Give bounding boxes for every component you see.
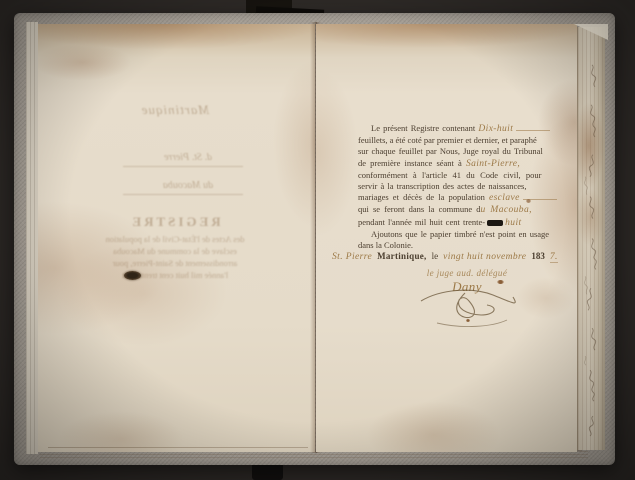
printed-text: qui se feront dans la commune d (358, 204, 480, 214)
fore-edge-writing (580, 27, 604, 450)
statement-line: Ajoutons que le papier timbré n'est poin… (358, 229, 578, 240)
fore-edge (577, 27, 605, 450)
book-stand-bottom (252, 463, 283, 480)
handwritten-text: huit (505, 218, 521, 228)
statement-line: mariages et décès de la population escla… (358, 192, 578, 204)
statement-line: servir à la transcription des actes de n… (358, 181, 578, 192)
showthrough-line: arrondissement de Saint-Pierre, pour (60, 258, 290, 268)
showthrough-heading: REGISTRE (70, 214, 280, 230)
showthrough-rule (123, 194, 243, 195)
statement-line: qui se feront dans la commune du Macouba… (358, 204, 578, 216)
scan-background: Martinique d. St. Pierre du Macouba REGI… (0, 0, 635, 480)
printed-text: conformément à l'article 41 du Code civi… (358, 170, 542, 180)
printed-text: feuillets, a été coté par premier et der… (358, 135, 537, 145)
showthrough-handwriting: du Macouba (88, 180, 288, 191)
handwritten-year-digit: 7. (550, 252, 558, 263)
printed-text: dans la Colonie. (358, 240, 413, 250)
underlying-page-edge (48, 447, 308, 448)
paper-speck (466, 319, 470, 322)
printed-year: 183 (531, 251, 545, 261)
handwritten-text: Dix-huit (478, 124, 513, 134)
handwritten-rule (516, 128, 550, 131)
right-page: Le présent Registre contenant Dix-huit f… (316, 24, 577, 452)
register-statement: Le présent Registre contenant Dix-huit f… (358, 123, 578, 251)
left-page: Martinique d. St. Pierre du Macouba REGI… (38, 24, 315, 452)
statement-line: Le présent Registre contenant Dix-huit (358, 123, 578, 135)
showthrough-handwriting: d. St. Pierre (88, 152, 288, 163)
handwritten-text: u Macouba, (480, 205, 531, 215)
printed-city: Martinique, (377, 251, 427, 261)
showthrough-line: l'année mil huit cent trente-huit (60, 270, 290, 280)
handwritten-text: esclave (489, 193, 520, 203)
showthrough-line: des Actes de l'État-Civil de la populati… (60, 234, 290, 244)
statement-line: de première instance séant à Saint-Pierr… (358, 158, 578, 170)
title-page-showthrough: Martinique d. St. Pierre du Macouba REGI… (52, 96, 298, 296)
statement-line: conformément à l'article 41 du Code civi… (358, 170, 578, 181)
printed-text: sur chaque feuillet par Nous, Juge royal… (358, 146, 543, 156)
showthrough-line: esclave de la commune du Macouba (60, 246, 290, 256)
statement-line: sur chaque feuillet par Nous, Juge royal… (358, 146, 578, 157)
printed-text: Le présent Registre contenant (371, 123, 475, 133)
handwritten-place: St. Pierre (332, 252, 372, 262)
paper-speck (526, 199, 531, 203)
printed-text: de première instance séant à (358, 158, 462, 168)
ink-blot (124, 271, 141, 280)
handwritten-text: Saint-Pierre, (466, 159, 520, 169)
printed-text: servir à la transcription des actes de n… (358, 181, 526, 191)
showthrough-rule (123, 166, 243, 167)
showthrough-title: Martinique (80, 102, 270, 118)
statement-line: feuillets, a été coté par premier et der… (358, 135, 578, 146)
printed-text: pendant l'année mil huit cent trente- (358, 217, 485, 227)
printed-text: le (432, 251, 439, 261)
signature-title: le juge aud. délégué (382, 268, 552, 278)
handwritten-date: vingt huit novembre (443, 252, 526, 262)
printed-text: Ajoutons que le papier timbré n'est poin… (371, 229, 549, 239)
register-book: Martinique d. St. Pierre du Macouba REGI… (14, 13, 615, 465)
redaction-mark (487, 220, 503, 226)
statement-line: pendant l'année mil huit cent trente-hui… (358, 217, 578, 229)
page-stack-edge-left (26, 22, 38, 454)
dateline: St. Pierre Martinique, le vingt huit nov… (332, 251, 578, 263)
printed-text: mariages et décès de la population (358, 192, 485, 202)
paper-speck (497, 280, 504, 284)
statement-line: dans la Colonie. (358, 240, 578, 251)
